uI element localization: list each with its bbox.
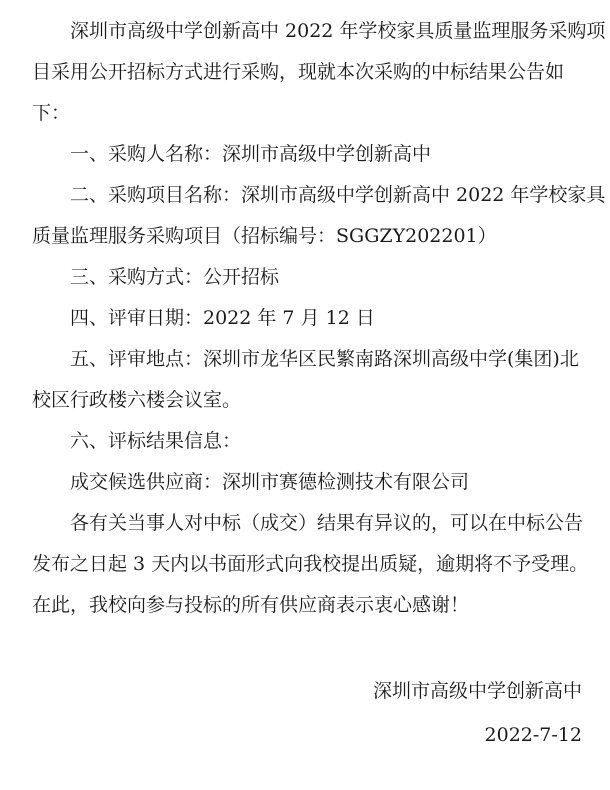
text-line: 六、评标结果信息：: [32, 421, 582, 462]
document-body: 深圳市高级中学创新高中 2022 年学校家具质量监理服务采购项 目采用公开招标方…: [32, 11, 582, 626]
signature-date: 2022-7-12: [32, 715, 582, 756]
text-line: 一、采购人名称：深圳市高级中学创新高中: [32, 134, 582, 175]
text-line: 三、采购方式：公开招标: [32, 257, 582, 298]
text-line: 发布之日起 3 天内以书面形式向我校提出质疑，逾期将不予受理。: [32, 544, 582, 585]
text-line: 四、评审日期：2022 年 7 月 12 日: [32, 298, 582, 339]
text-line: 五、评审地点：深圳市龙华区民繁南路深圳高级中学(集团)北: [32, 339, 582, 380]
text-line: 校区行政楼六楼会议室。: [32, 380, 582, 421]
text-line: 下：: [32, 93, 582, 134]
text-line: 目采用公开招标方式进行采购，现就本次采购的中标结果公告如: [32, 52, 582, 93]
document-page: 深圳市高级中学创新高中 2022 年学校家具质量监理服务采购项 目采用公开招标方…: [0, 0, 610, 790]
text-line: 各有关当事人对中标（成交）结果有异议的，可以在中标公告: [32, 503, 582, 544]
signature-organization: 深圳市高级中学创新高中: [32, 671, 582, 712]
text-line: 二、采购项目名称：深圳市高级中学创新高中 2022 年学校家具: [32, 175, 582, 216]
text-line: 在此，我校向参与投标的所有供应商表示衷心感谢！: [32, 585, 582, 626]
text-line: 深圳市高级中学创新高中 2022 年学校家具质量监理服务采购项: [32, 11, 582, 52]
text-line: 质量监理服务采购项目（招标编号：SGGZY202201）: [32, 216, 582, 257]
signature-block: 深圳市高级中学创新高中 2022-7-12: [32, 671, 582, 756]
text-line: 成交候选供应商：深圳市赛德检测技术有限公司: [32, 462, 582, 503]
